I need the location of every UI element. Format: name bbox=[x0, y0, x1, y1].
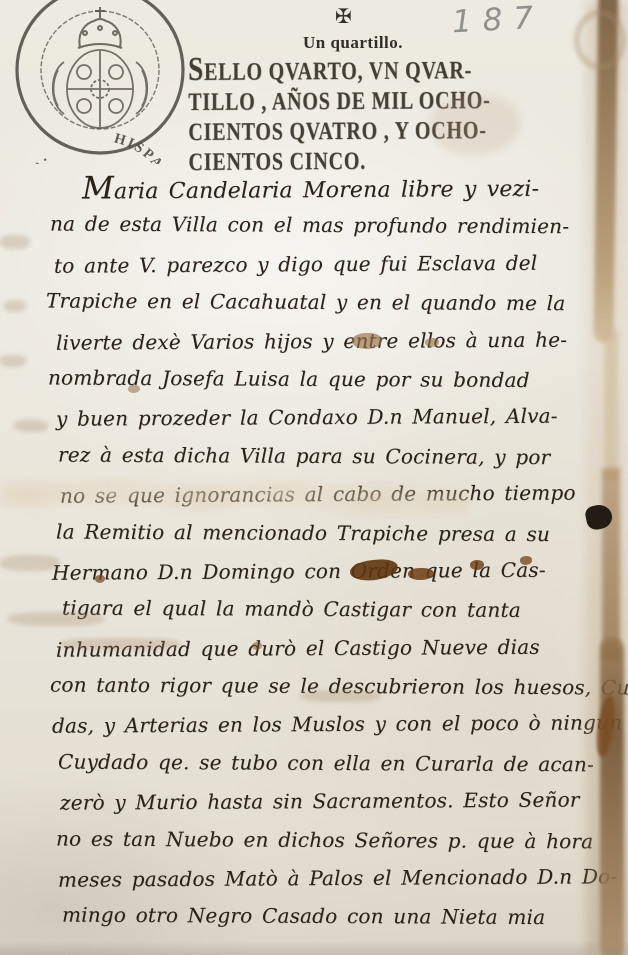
royal-seal-carolus-iv: HISPANIARUM·REX CAROLUS·IV·D·G· bbox=[6, 0, 198, 164]
manuscript-line: no es tan Nuebo en dichos Señores p. que… bbox=[44, 819, 628, 860]
folio-number: 187 bbox=[451, 0, 545, 40]
tax-denomination-label: Un quartillo. bbox=[303, 33, 403, 53]
bleed-through-mark bbox=[14, 420, 48, 432]
manuscript-line: Maria Candelaria Morena libre y vezi- bbox=[44, 166, 628, 208]
manuscript-line: liverte dexè Varios hijos y entre ellos … bbox=[44, 320, 628, 362]
manuscript-line: y buen prozeder la Condaxo D.n Manuel, A… bbox=[44, 397, 628, 439]
stamp-line: TILLO , AÑOS DE MIL OCHO- bbox=[188, 86, 490, 118]
manuscript-line: mingo otro Negro Casado con una Nieta mi… bbox=[44, 896, 628, 937]
manuscript-line: meses pasados Matò à Palos el Mencionado… bbox=[44, 857, 628, 899]
manuscript-page: HISPANIARUM·REX CAROLUS·IV·D·G· ✠ bbox=[0, 0, 628, 955]
bleed-through-mark bbox=[0, 355, 26, 367]
stamp-line: CIENTOS QVATRO , Y OCHO- bbox=[188, 116, 490, 148]
manuscript-line: no se que ignorancias al cabo de mucho t… bbox=[44, 473, 628, 515]
manuscript-line: zerò y Murio hasta sin Sacramentos. Esto… bbox=[44, 780, 628, 822]
manuscript-line: con tanto rigor que se le descubrieron l… bbox=[44, 666, 628, 707]
manuscript-line: na de esta Villa con el mas profundo ren… bbox=[44, 205, 628, 246]
stamp-line: SELLO QVARTO, VN QVAR- bbox=[188, 53, 490, 88]
manuscript-line: rez à esta dicha Villa para su Cocinera,… bbox=[44, 435, 628, 476]
sello-stamp-text: SELLO QVARTO, VN QVAR-TILLO , AÑOS DE MI… bbox=[188, 53, 491, 178]
manuscript-line: inhumanidad que durò el Castigo Nueve di… bbox=[44, 627, 628, 669]
manuscript-line: Cuydado qe. se tubo con ella en Curarla … bbox=[44, 742, 628, 783]
manuscript-line: to ante V. parezco y digo que fui Esclav… bbox=[44, 243, 628, 285]
manuscript-line: tigara el qual la mandò Castigar con tan… bbox=[44, 589, 628, 630]
manuscript-body: Maria Candelaria Morena libre y vezi-na … bbox=[44, 168, 628, 936]
seal-inscription: HISPANIARUM·REX CAROLUS·IV·D·G· bbox=[17, 129, 183, 164]
manuscript-line: nombrada Josefa Luisa la que por su bond… bbox=[44, 358, 628, 399]
manuscript-line: Trapiche en el Cacahuatal y en el quando… bbox=[44, 282, 628, 323]
manuscript-line: das, y Arterias en los Muslos y con el p… bbox=[44, 704, 628, 746]
coat-of-arms bbox=[53, 50, 148, 128]
manuscript-line: la Remitio al mencionado Trapiche presa … bbox=[44, 512, 628, 553]
bleed-through-mark bbox=[4, 300, 26, 312]
cross-icon: ✠ bbox=[335, 4, 352, 29]
bleed-through-mark bbox=[0, 235, 30, 249]
ring-stain bbox=[574, 10, 626, 70]
manuscript-line: Hermano D.n Domingo con Orden que la Cas… bbox=[44, 550, 628, 592]
